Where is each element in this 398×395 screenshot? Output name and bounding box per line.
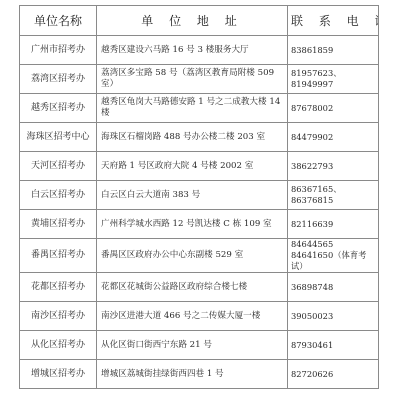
table-row: 荔湾区招考办 荔湾区多宝路 58 号（荔湾区教育局附楼 509 室） 81957…	[20, 65, 379, 94]
table-row: 白云区招考办 白云区白云大道南 383 号 86367165、86376815	[20, 181, 379, 210]
phone-number: 39050023	[291, 311, 375, 322]
table-body: 广州市招考办 越秀区建设六马路 16 号 3 楼服务大厅 83861859 荔湾…	[20, 36, 379, 389]
unit-name-cell: 越秀区招考办	[20, 94, 97, 123]
unit-name-cell: 荔湾区招考办	[20, 65, 97, 94]
unit-address-cell: 海珠区石榴岗路 488 号办公楼二楼 203 室	[97, 123, 288, 152]
table-row: 黄埔区招考办 广州科学城水西路 12 号凯达楼 C 栋 109 室 821166…	[20, 210, 379, 239]
header-unit-address: 单 位 地 址	[97, 6, 288, 36]
contact-phone-cell: 84644565 84641650（体育考试）	[288, 239, 379, 273]
unit-address-cell: 花都区花城街公益路区政府综合楼七楼	[97, 273, 288, 302]
contact-phone-cell: 82116639	[288, 210, 379, 239]
table-row: 海珠区招考中心 海珠区石榴岗路 488 号办公楼二楼 203 室 8447990…	[20, 123, 379, 152]
phone-number: 81957623、81949997	[291, 68, 375, 90]
phone-number: 38622793	[291, 161, 375, 172]
contact-phone-cell: 36898748	[288, 273, 379, 302]
unit-address-cell: 荔湾区多宝路 58 号（荔湾区教育局附楼 509 室）	[97, 65, 288, 94]
unit-address-cell: 越秀区建设六马路 16 号 3 楼服务大厅	[97, 36, 288, 65]
unit-name-cell: 广州市招考办	[20, 36, 97, 65]
table-row: 广州市招考办 越秀区建设六马路 16 号 3 楼服务大厅 83861859	[20, 36, 379, 65]
unit-name-cell: 花都区招考办	[20, 273, 97, 302]
contact-phone-cell: 38622793	[288, 152, 379, 181]
unit-address-cell: 广州科学城水西路 12 号凯达楼 C 栋 109 室	[97, 210, 288, 239]
contact-phone-cell: 81957623、81949997	[288, 65, 379, 94]
unit-name-cell: 海珠区招考中心	[20, 123, 97, 152]
unit-name-cell: 南沙区招考办	[20, 302, 97, 331]
header-contact-phone: 联 系 电 话	[288, 6, 379, 36]
unit-name-cell: 增城区招考办	[20, 360, 97, 389]
unit-address-cell: 从化区街口街西宁东路 21 号	[97, 331, 288, 360]
header-unit-name: 单位名称	[20, 6, 97, 36]
phone-number: 84644565	[291, 239, 375, 250]
table-row: 天河区招考办 天府路 1 号区政府大院 4 号楼 2002 室 38622793	[20, 152, 379, 181]
contact-phone-cell: 87930461	[288, 331, 379, 360]
contact-phone-cell: 83861859	[288, 36, 379, 65]
unit-name-cell: 从化区招考办	[20, 331, 97, 360]
unit-name-cell: 白云区招考办	[20, 181, 97, 210]
page: 单位名称 单 位 地 址 联 系 电 话 广州市招考办 越秀区建设六马路 16 …	[0, 0, 398, 395]
contact-phone-cell: 82720626	[288, 360, 379, 389]
phone-number: 87930461	[291, 340, 375, 351]
unit-address-cell: 番禺区区政府办公中心东副楼 529 室	[97, 239, 288, 273]
unit-name-cell: 黄埔区招考办	[20, 210, 97, 239]
unit-address-cell: 增城区荔城街挂绿街西四巷 1 号	[97, 360, 288, 389]
phone-number-sports-exam: 84641650（体育考试）	[291, 250, 375, 272]
unit-address-cell: 天府路 1 号区政府大院 4 号楼 2002 室	[97, 152, 288, 181]
phone-number: 84479902	[291, 132, 375, 143]
table-row: 花都区招考办 花都区花城街公益路区政府综合楼七楼 36898748	[20, 273, 379, 302]
unit-name-cell: 天河区招考办	[20, 152, 97, 181]
table-row: 番禺区招考办 番禺区区政府办公中心东副楼 529 室 84644565 8464…	[20, 239, 379, 273]
contact-phone-cell: 84479902	[288, 123, 379, 152]
phone-number: 87678002	[291, 103, 375, 114]
exam-office-contact-table: 单位名称 单 位 地 址 联 系 电 话 广州市招考办 越秀区建设六马路 16 …	[19, 5, 379, 389]
header-row: 单位名称 单 位 地 址 联 系 电 话	[20, 6, 379, 36]
contact-phone-cell: 39050023	[288, 302, 379, 331]
table-row: 南沙区招考办 南沙区进港大道 466 号之二传媒大厦一楼 39050023	[20, 302, 379, 331]
unit-name-cell: 番禺区招考办	[20, 239, 97, 273]
table-row: 增城区招考办 增城区荔城街挂绿街西四巷 1 号 82720626	[20, 360, 379, 389]
unit-address-cell: 越秀区龟岗大马路德安路 1 号之二成教大楼 14 楼	[97, 94, 288, 123]
contact-phone-cell: 86367165、86376815	[288, 181, 379, 210]
table-row: 越秀区招考办 越秀区龟岗大马路德安路 1 号之二成教大楼 14 楼 876780…	[20, 94, 379, 123]
unit-address-cell: 南沙区进港大道 466 号之二传媒大厦一楼	[97, 302, 288, 331]
phone-number: 82720626	[291, 369, 375, 380]
phone-number: 86367165、86376815	[291, 184, 375, 206]
phone-number: 82116639	[291, 219, 375, 230]
phone-number: 36898748	[291, 282, 375, 293]
contact-phone-cell: 87678002	[288, 94, 379, 123]
unit-address-cell: 白云区白云大道南 383 号	[97, 181, 288, 210]
table-row: 从化区招考办 从化区街口街西宁东路 21 号 87930461	[20, 331, 379, 360]
phone-number: 83861859	[291, 45, 375, 56]
